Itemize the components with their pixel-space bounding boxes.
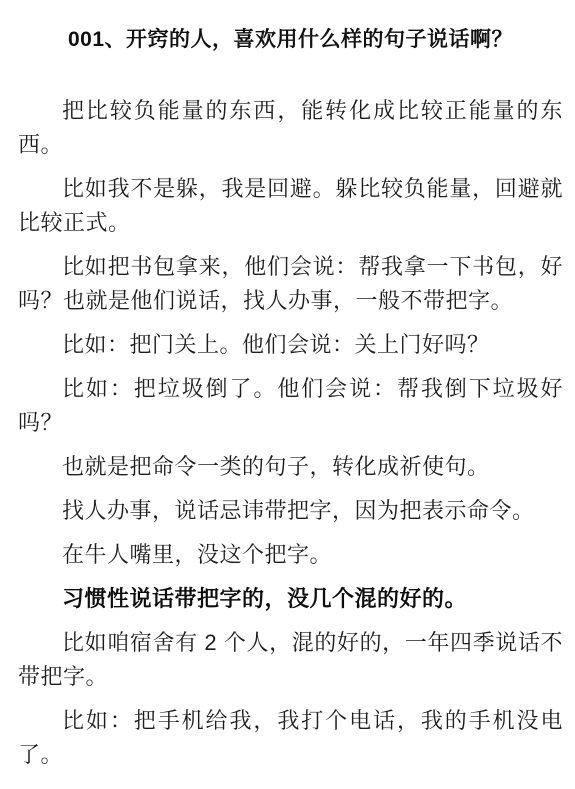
paragraph: 把比较负能量的东西，能转化成比较正能量的东西。 [18,94,563,162]
paragraph: 比如：把垃圾倒了。他们会说：帮我倒下垃圾好吗？ [18,372,563,440]
paragraph: 比如我不是躲，我是回避。躲比较负能量，回避就比较正式。 [18,172,563,240]
paragraph: 也就是把命令一类的句子，转化成祈使句。 [18,450,563,484]
paragraph: 比如咱宿舍有 2 个人，混的好的，一年四季说话不带把字。 [18,626,563,694]
paragraph: 比如：把手机给我，我打个电话，我的手机没电了。 [18,704,563,772]
paragraph: 找人办事，说话忌讳带把字，因为把表示命令。 [18,494,563,528]
paragraph: 比如把书包拿来，他们会说：帮我拿一下书包，好吗？也就是他们说话，找人办事，一般不… [18,250,563,318]
paragraph: 习惯性说话带把字的，没几个混的好的。 [18,582,563,616]
document-body: 把比较负能量的东西，能转化成比较正能量的东西。 比如我不是躲，我是回避。躲比较负… [18,94,563,772]
document-title: 001、开窍的人，喜欢用什么样的句子说话啊？ [18,26,563,54]
paragraph: 在牛人嘴里，没这个把字。 [18,538,563,572]
paragraph: 比如：把门关上。他们会说：关上门好吗？ [18,328,563,362]
document-page: 001、开窍的人，喜欢用什么样的句子说话啊？ 把比较负能量的东西，能转化成比较正… [0,0,575,789]
